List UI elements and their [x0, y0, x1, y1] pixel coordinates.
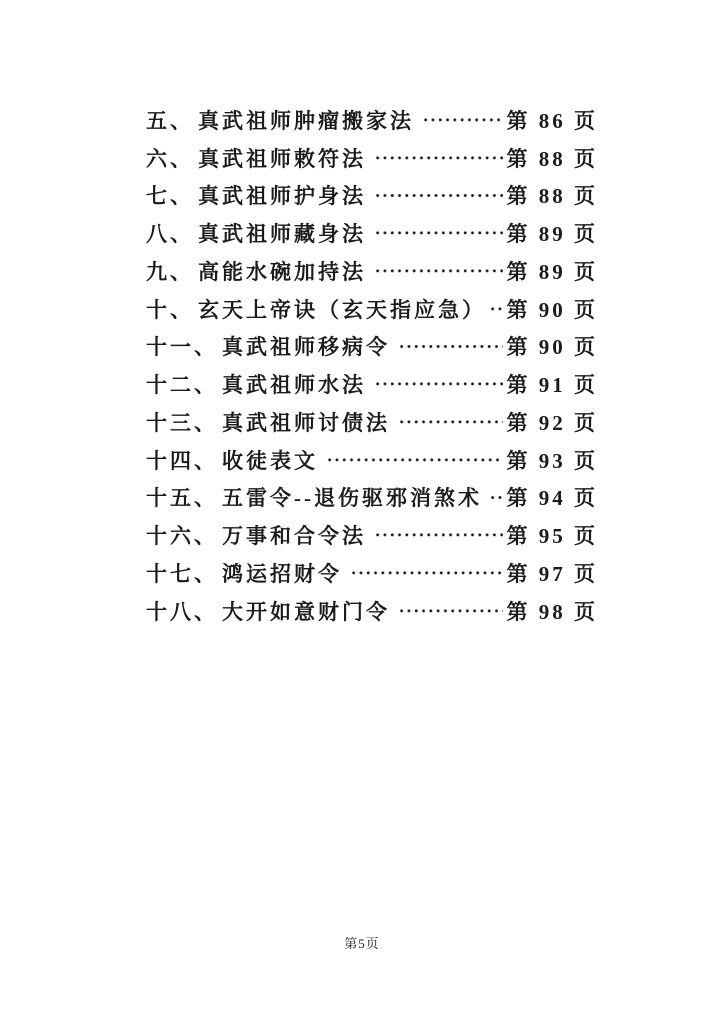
entry-title: 真武祖师讨债法: [222, 407, 390, 437]
entry-title: 真武祖师护身法: [198, 180, 366, 210]
toc-entry: 十三、真武祖师讨债法第 92 页: [146, 403, 595, 441]
dot-leader: [398, 403, 503, 441]
toc-entry: 六、真武祖师敕符法第 88 页: [146, 139, 595, 177]
entry-page-number: 第 94 页: [507, 482, 599, 512]
entry-number: 十一、: [146, 331, 218, 361]
entry-title: 万事和合令法: [222, 520, 366, 550]
entry-page-number: 第 91 页: [507, 369, 599, 399]
toc-entry: 十二、真武祖师水法第 91 页: [146, 365, 595, 403]
toc-entry: 十七、鸿运招财令第 97 页: [146, 554, 595, 592]
entry-page-number: 第 97 页: [507, 558, 599, 588]
dot-leader: [374, 252, 503, 290]
page-number-footer: 第5页: [0, 933, 724, 952]
toc-entry: 十五、五雷令--退伤驱邪消煞术第 94 页: [146, 479, 595, 517]
entry-title: 真武祖师敕符法: [198, 143, 366, 173]
toc-entry: 八、真武祖师藏身法第 89 页: [146, 214, 595, 252]
toc-entry: 十四、收徒表文第 93 页: [146, 441, 595, 479]
dot-leader: [422, 101, 503, 139]
dot-leader: [374, 516, 503, 554]
entry-number: 九、: [146, 256, 194, 286]
entry-title: 大开如意财门令: [222, 596, 390, 626]
dot-leader: [374, 214, 503, 252]
table-of-contents: 五、真武祖师肿瘤搬家法第 86 页六、真武祖师敕符法第 88 页七、真武祖师护身…: [146, 101, 595, 630]
entry-title: 真武祖师水法: [222, 369, 366, 399]
toc-entry: 十、玄天上帝诀（玄天指应急）第 90 页: [146, 290, 595, 328]
entry-page-number: 第 89 页: [507, 218, 599, 248]
entry-page-number: 第 88 页: [507, 143, 599, 173]
toc-entry: 七、真武祖师护身法第 88 页: [146, 177, 595, 215]
entry-number: 十四、: [146, 445, 218, 475]
entry-title: 真武祖师肿瘤搬家法: [198, 105, 414, 135]
entry-title: 高能水碗加持法: [198, 256, 366, 286]
entry-number: 十、: [146, 294, 194, 324]
entry-title: 玄天上帝诀（玄天指应急）: [198, 294, 481, 324]
entry-number: 十六、: [146, 520, 218, 550]
entry-page-number: 第 89 页: [507, 256, 599, 286]
dot-leader: [398, 328, 503, 366]
entry-title: 真武祖师藏身法: [198, 218, 366, 248]
entry-number: 八、: [146, 218, 194, 248]
dot-leader: [326, 441, 503, 479]
entry-number: 十二、: [146, 369, 218, 399]
entry-number: 十三、: [146, 407, 218, 437]
entry-number: 五、: [146, 105, 194, 135]
toc-entry: 十六、万事和合令法第 95 页: [146, 516, 595, 554]
entry-page-number: 第 92 页: [507, 407, 599, 437]
entry-page-number: 第 95 页: [507, 520, 599, 550]
toc-entry: 十一、真武祖师移病令第 90 页: [146, 328, 595, 366]
entry-number: 六、: [146, 143, 194, 173]
toc-entry: 九、高能水碗加持法第 89 页: [146, 252, 595, 290]
entry-page-number: 第 90 页: [507, 294, 599, 324]
entry-title: 五雷令--退伤驱邪消煞术: [222, 482, 481, 512]
dot-leader: [398, 592, 503, 630]
entry-page-number: 第 86 页: [507, 105, 599, 135]
entry-page-number: 第 98 页: [507, 596, 599, 626]
entry-number: 十七、: [146, 558, 218, 588]
entry-page-number: 第 88 页: [507, 180, 599, 210]
dot-leader: [350, 554, 503, 592]
entry-title: 收徒表文: [222, 445, 318, 475]
toc-entry: 十八、大开如意财门令第 98 页: [146, 592, 595, 630]
entry-number: 十五、: [146, 482, 218, 512]
dot-leader: [489, 479, 503, 517]
entry-number: 七、: [146, 180, 194, 210]
dot-leader: [374, 139, 503, 177]
entry-number: 十八、: [146, 596, 218, 626]
entry-title: 鸿运招财令: [222, 558, 342, 588]
toc-entry: 五、真武祖师肿瘤搬家法第 86 页: [146, 101, 595, 139]
entry-page-number: 第 93 页: [507, 445, 599, 475]
entry-page-number: 第 90 页: [507, 331, 599, 361]
entry-title: 真武祖师移病令: [222, 331, 390, 361]
dot-leader: [374, 365, 503, 403]
document-page: 五、真武祖师肿瘤搬家法第 86 页六、真武祖师敕符法第 88 页七、真武祖师护身…: [0, 0, 724, 1024]
dot-leader: [374, 177, 503, 215]
dot-leader: [489, 290, 503, 328]
